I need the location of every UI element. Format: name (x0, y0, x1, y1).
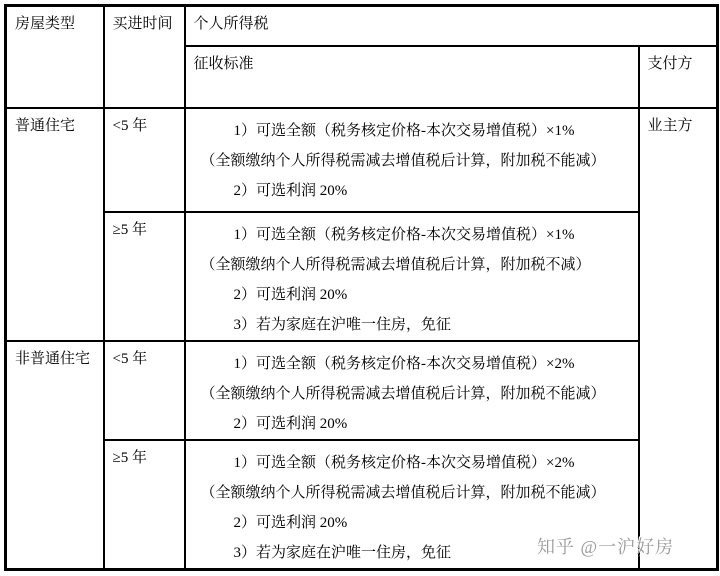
standard-line: （全额缴纳个人所得税需减去增值税后计算，附加税不能减） (194, 478, 634, 508)
cell-type-ordinary: 普通住宅 (6, 108, 104, 341)
header-purchase-time: 买进时间 (104, 6, 185, 109)
header-personal-income-tax: 个人所得税 (185, 6, 718, 47)
standard-line: （全额缴纳个人所得税需减去增值税后计算，附加税不能减） (194, 146, 634, 176)
cell-standard-non-ordinary-lt5: 1）可选全额（税务核定价格-本次交易增值税）×2% （全额缴纳个人所得税需减去增… (185, 341, 639, 440)
standard-line: 2）可选利润 20% (194, 176, 634, 206)
page: 房屋类型 买进时间 个人所得税 征收标准 支付方 普通住宅 <5 年 1）可选全… (0, 0, 720, 576)
standard-line: 1）可选全额（税务核定价格-本次交易增值税）×1% (194, 220, 634, 250)
standard-line: 1）可选全额（税务核定价格-本次交易增值税）×1% (194, 116, 634, 146)
zhihu-watermark: 知乎 @一沪好房 (537, 533, 674, 559)
cell-time-ge5-non-ordinary: ≥5 年 (104, 440, 185, 570)
cell-time-lt5-non-ordinary: <5 年 (104, 341, 185, 440)
standard-line: 2）可选利润 20% (194, 280, 634, 310)
cell-time-lt5-ordinary: <5 年 (104, 108, 185, 212)
cell-time-ge5-ordinary: ≥5 年 (104, 212, 185, 341)
cell-type-non-ordinary: 非普通住宅 (6, 341, 104, 570)
header-row-1: 房屋类型 买进时间 个人所得税 (6, 6, 718, 47)
standard-line: （全额缴纳个人所得税需减去增值税后计算，附加税不能减） (194, 379, 634, 409)
table-row: ≥5 年 1）可选全额（税务核定价格-本次交易增值税）×1% （全额缴纳个人所得… (6, 212, 718, 341)
header-payer: 支付方 (639, 46, 718, 108)
cell-standard-ordinary-ge5: 1）可选全额（税务核定价格-本次交易增值税）×1% （全额缴纳个人所得税需减去增… (185, 212, 639, 341)
cell-standard-ordinary-lt5: 1）可选全额（税务核定价格-本次交易增值税）×1% （全额缴纳个人所得税需减去增… (185, 108, 639, 212)
standard-line: 1）可选全额（税务核定价格-本次交易增值税）×2% (194, 349, 634, 379)
table-row: 非普通住宅 <5 年 1）可选全额（税务核定价格-本次交易增值税）×2% （全额… (6, 341, 718, 440)
standard-line: 2）可选利润 20% (194, 409, 634, 439)
header-collection-standard: 征收标准 (185, 46, 639, 108)
table-row: 普通住宅 <5 年 1）可选全额（税务核定价格-本次交易增值税）×1% （全额缴… (6, 108, 718, 212)
cell-payer-owner: 业主方 (639, 108, 718, 570)
standard-line: （全额缴纳个人所得税需减去增值税后计算，附加税不减） (194, 250, 634, 280)
header-housing-type: 房屋类型 (6, 6, 104, 109)
standard-line: 1）可选全额（税务核定价格-本次交易增值税）×2% (194, 448, 634, 478)
income-tax-table: 房屋类型 买进时间 个人所得税 征收标准 支付方 普通住宅 <5 年 1）可选全… (4, 4, 719, 571)
standard-line: 3）若为家庭在沪唯一住房，免征 (194, 310, 634, 340)
